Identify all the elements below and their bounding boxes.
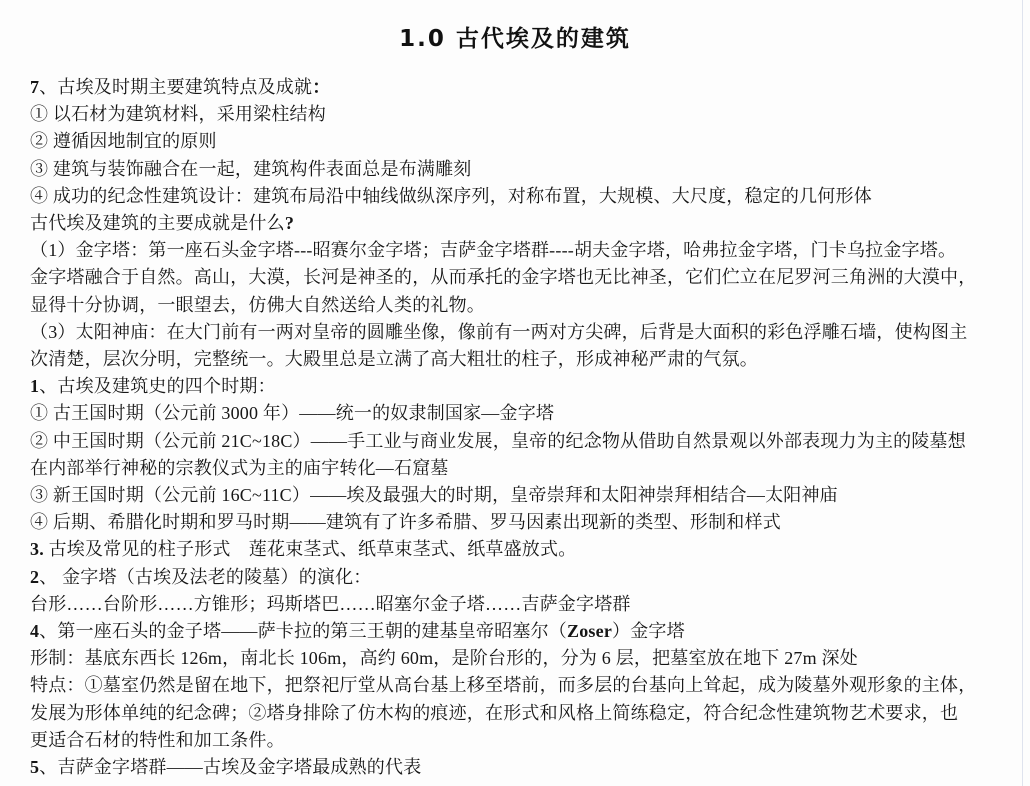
document-body: 7、古埃及时期主要建筑特点及成就：① 以石材为建筑材料，采用梁柱结构② 遵循因地… (30, 74, 1004, 781)
text-segment: ① 古王国时期（公元前 3000 年）——统一的奴隶制国家—金字塔 (30, 403, 554, 423)
text-segment: 、 金字塔（古埃及法老的陵墓）的演化： (39, 567, 371, 587)
text-segment: 5 (30, 757, 39, 777)
text-segment: Zoser (567, 621, 612, 641)
text-line: 1、古埃及建筑史的四个时期： (30, 373, 1004, 400)
text-line: 发展为形体单纯的纪念碑；②塔身排除了仿木构的痕迹，在形式和风格上简练稳定，符合纪… (30, 700, 1004, 727)
text-segment: ③ 新王国时期（公元前 16C~11C）——埃及最强大的时期，皇帝崇拜和太阳神崇… (30, 485, 838, 505)
text-segment: ② 中王国时期（公元前 21C~18C）——手工业与商业发展，皇帝的纪念物从借助… (30, 431, 966, 451)
text-segment: 3. (30, 539, 44, 559)
text-line: 特点：①墓室仍然是留在地下，把祭祀厅堂从高台基上移至塔前，而多层的台基向上耸起，… (30, 672, 1004, 699)
text-segment: 7 (30, 77, 39, 97)
text-line: ④ 成功的纪念性建筑设计：建筑布局沿中轴线做纵深序列，对称布置，大规模、大尺度，… (30, 183, 1004, 210)
text-line: （3）太阳神庙：在大门前有一两对皇帝的圆雕坐像，像前有一两对方尖碑，后背是大面积… (30, 319, 1004, 346)
text-segment: ： (312, 77, 330, 97)
text-line: ③ 新王国时期（公元前 16C~11C）——埃及最强大的时期，皇帝崇拜和太阳神崇… (30, 482, 1004, 509)
text-segment: 1 (30, 376, 39, 396)
text-line: 更适合石材的特性和加工条件。 (30, 727, 1004, 754)
text-segment: ④ 成功的纪念性建筑设计：建筑布局沿中轴线做纵深序列，对称布置，大规模、大尺度，… (30, 186, 872, 206)
text-line: 在内部举行神秘的宗教仪式为主的庙宇转化—石窟墓 (30, 455, 1004, 482)
text-segment: 、古埃及时期主要建筑特点及成就 (39, 77, 312, 97)
text-line: 4、第一座石头的金子塔——萨卡拉的第三王朝的建基皇帝昭塞尔（Zoser）金字塔 (30, 618, 1004, 645)
text-segment: 、吉萨金字塔群——古埃及金字塔最成熟的代表 (39, 757, 421, 777)
text-line: 次清楚，层次分明，完整统一。大殿里总是立满了高大粗壮的柱子，形成神秘严肃的气氛。 (30, 346, 1004, 373)
text-line: （1）金字塔：第一座石头金字塔---昭赛尔金字塔；吉萨金字塔群----胡夫金字塔… (30, 237, 1004, 264)
text-segment: 古代埃及建筑的主要成就是什么 (30, 213, 285, 233)
text-line: ④ 后期、希腊化时期和罗马时期——建筑有了许多希腊、罗马因素出现新的类型、形制和… (30, 509, 1004, 536)
text-segment: 更适合石材的特性和加工条件。 (30, 730, 285, 750)
text-segment: 形制：基底东西长 126m，南北长 106m，高约 60m，是阶台形的，分为 6… (30, 648, 858, 668)
text-line: ① 古王国时期（公元前 3000 年）——统一的奴隶制国家—金字塔 (30, 400, 1004, 427)
text-segment: ）金字塔 (612, 621, 685, 641)
text-line: 金字塔融合于自然。高山，大漠，长河是神圣的，从而承托的金字塔也无比神圣，它们伫立… (30, 264, 1004, 291)
text-line: ② 遵循因地制宜的原则 (30, 128, 1004, 155)
text-segment: 发展为形体单纯的纪念碑；②塔身排除了仿木构的痕迹，在形式和风格上简练稳定，符合纪… (30, 703, 958, 723)
text-segment: 次清楚，层次分明，完整统一。大殿里总是立满了高大粗壮的柱子，形成神秘严肃的气氛。 (30, 349, 758, 369)
text-line: 古代埃及建筑的主要成就是什么? (30, 210, 1004, 237)
text-segment: 显得十分协调，一眼望去，仿佛大自然送给人类的礼物。 (30, 295, 485, 315)
text-line: ② 中王国时期（公元前 21C~18C）——手工业与商业发展，皇帝的纪念物从借助… (30, 428, 1004, 455)
text-line: 显得十分协调，一眼望去，仿佛大自然送给人类的礼物。 (30, 292, 1004, 319)
text-line: 3. 古埃及常见的柱子形式 莲花束茎式、纸草束茎式、纸草盛放式。 (30, 536, 1004, 563)
text-line: 7、古埃及时期主要建筑特点及成就： (30, 74, 1004, 101)
text-segment: 特点：①墓室仍然是留在地下，把祭祀厅堂从高台基上移至塔前，而多层的台基向上耸起，… (30, 675, 976, 695)
text-segment: 、第一座石头的金子塔——萨卡拉的第三王朝的建基皇帝昭塞尔（ (39, 621, 567, 641)
text-segment: ② 遵循因地制宜的原则 (30, 131, 217, 151)
text-segment: （3）太阳神庙：在大门前有一两对皇帝的圆雕坐像，像前有一两对方尖碑，后背是大面积… (30, 322, 967, 342)
text-segment: 2 (30, 567, 39, 587)
text-line: 形制：基底东西长 126m，南北长 106m，高约 60m，是阶台形的，分为 6… (30, 645, 1004, 672)
text-segment: 台形……台阶形……方锥形；玛斯塔巴……昭塞尔金子塔……吉萨金字塔群 (30, 594, 631, 614)
text-line: 2、 金字塔（古埃及法老的陵墓）的演化： (30, 564, 1004, 591)
text-segment: 在内部举行神秘的宗教仪式为主的庙宇转化—石窟墓 (30, 458, 449, 478)
text-segment: ④ 后期、希腊化时期和罗马时期——建筑有了许多希腊、罗马因素出现新的类型、形制和… (30, 512, 781, 532)
text-segment: 金字塔融合于自然。高山，大漠，长河是神圣的，从而承托的金字塔也无比神圣，它们伫立… (30, 267, 976, 287)
text-segment: ③ 建筑与装饰融合在一起，建筑构件表面总是布满雕刻 (30, 159, 472, 179)
text-segment: 古埃及常见的柱子形式 莲花束茎式、纸草束茎式、纸草盛放式。 (44, 539, 577, 559)
page-edge-line (1022, 0, 1023, 786)
text-line: ① 以石材为建筑材料，采用梁柱结构 (30, 101, 1004, 128)
text-segment: 、古埃及建筑史的四个时期： (39, 376, 276, 396)
text-line: 5、吉萨金字塔群——古埃及金字塔最成熟的代表 (30, 754, 1004, 781)
text-segment: ? (285, 213, 294, 233)
page-title: 1.0 古代埃及的建筑 (0, 20, 1030, 53)
text-segment: ① 以石材为建筑材料，采用梁柱结构 (30, 104, 326, 124)
text-line: ③ 建筑与装饰融合在一起，建筑构件表面总是布满雕刻 (30, 156, 1004, 183)
text-line: 台形……台阶形……方锥形；玛斯塔巴……昭塞尔金子塔……吉萨金字塔群 (30, 591, 1004, 618)
text-segment: 4 (30, 621, 39, 641)
text-segment: （1）金字塔：第一座石头金字塔---昭赛尔金字塔；吉萨金字塔群----胡夫金字塔… (30, 240, 956, 260)
